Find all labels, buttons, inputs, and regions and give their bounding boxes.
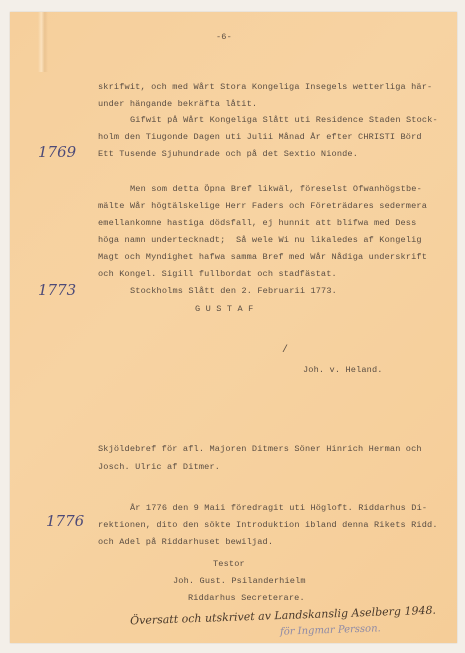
text-line: rektionen, dito den sökte Introduktion i… — [98, 520, 438, 530]
text-line: och Adel på Riddarhuset bewiljad. — [98, 537, 273, 547]
handwritten-note: Översatt och utskrivet av Landskanslig A… — [130, 604, 436, 628]
text-line: Men som detta Öpna Bref likwäl, föresels… — [130, 184, 422, 194]
slash-mark: / — [282, 345, 288, 356]
text-line: Josch. Ulric af Ditmer. — [98, 462, 220, 472]
text-line: höga namn undertecknadt; Så wele Wi nu l… — [98, 235, 422, 245]
text-line: mälte Wår högtälskelige Herr Faders och … — [98, 201, 427, 211]
text-line: och Kongel. Sigill fullbordat och stadfä… — [98, 269, 337, 279]
margin-note-1776: 1776 — [46, 512, 84, 530]
margin-note-1769: 1769 — [38, 143, 76, 161]
signature-king: G U S T A F — [195, 304, 253, 314]
testor-name: Joh. Gust. Psilanderhielm — [173, 576, 306, 586]
margin-note-1773: 1773 — [38, 281, 76, 299]
text-line: skrifwit, och med Wårt Stora Kongeliga I… — [98, 82, 432, 92]
text-line: Skjöldebref för afl. Majoren Ditmers Sön… — [98, 444, 422, 454]
text-line: Gifwit på Wårt Kongeliga Slått uti Resid… — [130, 115, 438, 125]
signature-cosign: Joh. v. Heland. — [303, 365, 383, 375]
text-line: Ett Tusende Sjuhundrade och på det Sexti… — [98, 149, 358, 159]
document-page: -6- skrifwit, och med Wårt Stora Kongeli… — [10, 12, 457, 643]
text-line: under hängande bekräfta låtit. — [98, 99, 257, 109]
testor-label: Testor — [213, 559, 245, 569]
testor-title: Riddarhus Secreterare. — [188, 593, 305, 603]
text-line: År 1776 den 9 Maii föredragit uti Höglof… — [130, 503, 427, 513]
page-number: -6- — [216, 32, 232, 42]
handwritten-note-signature: för Ingmar Persson. — [280, 623, 381, 638]
text-line: emellankomne hastiga dödsfall, ej hunnit… — [98, 218, 416, 228]
date-line: Stockholms Slått den 2. Februarii 1773. — [130, 286, 337, 296]
paper-fold-mark — [38, 12, 48, 72]
text-line: Magt och Myndighet hafwa samma Bref med … — [98, 252, 427, 262]
text-line: holm den Tiugonde Dagen uti Julii Månad … — [98, 132, 422, 142]
